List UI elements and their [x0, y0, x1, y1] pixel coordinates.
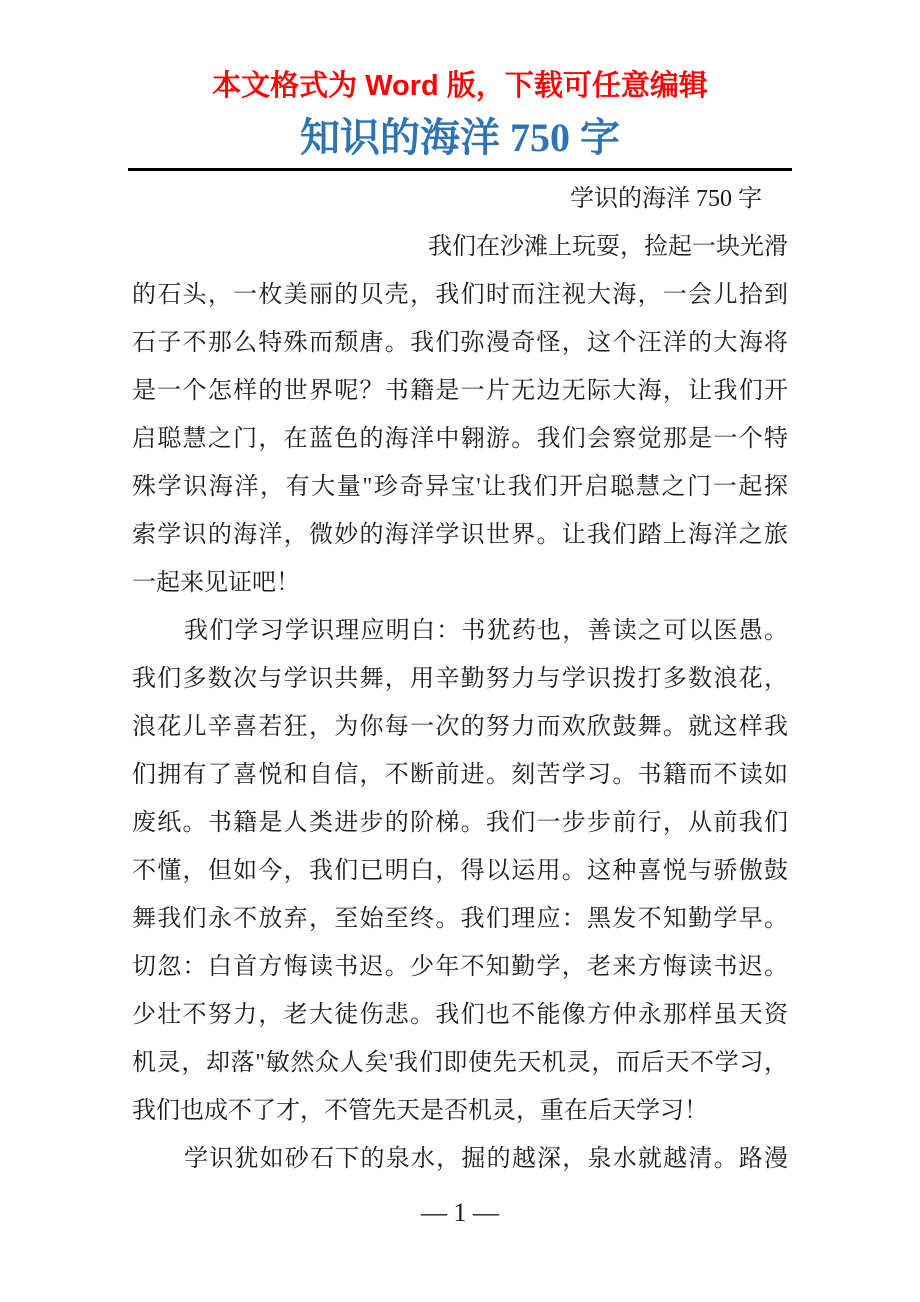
body-line: 我们学习学识理应明白：书犹药也，善读之可以医愚。: [132, 607, 788, 655]
body-line: 索学识的海洋，微妙的海洋学识世界。让我们踏上海洋之旅: [132, 511, 788, 559]
paragraph: 我们学习学识理应明白：书犹药也，善读之可以医愚。我们多数次与学识共舞，用辛勤努力…: [132, 607, 788, 1135]
body-line: 机灵，却落"敏然众人矣'我们即使先天机灵，而后天不学习，: [132, 1039, 788, 1087]
body-line: 的石头，一枚美丽的贝壳，我们时而注视大海，一会儿拾到: [132, 271, 788, 319]
body-line: 石子不那么特殊而颓唐。我们弥漫奇怪，这个汪洋的大海将: [132, 319, 788, 367]
body-line: 殊学识海洋，有大量"珍奇异宝'让我们开启聪慧之门一起探: [132, 463, 788, 511]
body-line: 我们在沙滩上玩耍，捡起一块光滑: [132, 223, 788, 271]
body-line: 一起来见证吧！: [132, 559, 788, 607]
body-line: 是一个怎样的世界呢？书籍是一片无边无际大海，让我们开: [132, 367, 788, 415]
body-line: 切忽：白首方悔读书迟。少年不知勤学，老来方悔读书迟。: [132, 943, 788, 991]
body-line: 我们也成不了才，不管先天是否机灵，重在后天学习！: [132, 1087, 788, 1135]
body-line: 不懂，但如今，我们已明白，得以运用。这种喜悦与骄傲鼓: [132, 847, 788, 895]
document-body: 我们在沙滩上玩耍，捡起一块光滑的石头，一枚美丽的贝壳，我们时而注视大海，一会儿拾…: [132, 223, 788, 1183]
body-line: 浪花儿辛喜若狂，为你每一次的努力而欢欣鼓舞。就这样我: [132, 703, 788, 751]
format-notice: 本文格式为 Word 版，下载可任意编辑: [0, 66, 920, 106]
document-title: 知识的海洋 750 字: [0, 114, 920, 162]
document-content: 学识的海洋 750 字 我们在沙滩上玩耍，捡起一块光滑的石头，一枚美丽的贝壳，我…: [132, 175, 788, 1183]
body-line: 们拥有了喜悦和自信，不断前进。刻苦学习。书籍而不读如: [132, 751, 788, 799]
body-line: 舞我们永不放弃，至始至终。我们理应：黑发不知勤学早。: [132, 895, 788, 943]
title-divider: [128, 168, 792, 171]
body-line: 启聪慧之门，在蓝色的海洋中翱游。我们会察觉那是一个特: [132, 415, 788, 463]
body-line: 少壮不努力，老大徒伤悲。我们也不能像方仲永那样虽天资: [132, 991, 788, 1039]
paragraph: 我们在沙滩上玩耍，捡起一块光滑的石头，一枚美丽的贝壳，我们时而注视大海，一会儿拾…: [132, 223, 788, 607]
document-page: 本文格式为 Word 版，下载可任意编辑 知识的海洋 750 字 学识的海洋 7…: [0, 0, 920, 1302]
body-line: 我们多数次与学识共舞，用辛勤努力与学识拨打多数浪花，: [132, 655, 788, 703]
document-subtitle: 学识的海洋 750 字: [132, 175, 788, 223]
body-line: 废纸。书籍是人类进步的阶梯。我们一步步前行，从前我们: [132, 799, 788, 847]
body-line: 学识犹如砂石下的泉水，掘的越深，泉水就越清。路漫: [132, 1135, 788, 1183]
paragraph: 学识犹如砂石下的泉水，掘的越深，泉水就越清。路漫: [132, 1135, 788, 1183]
page-number: — 1 —: [0, 1195, 920, 1231]
